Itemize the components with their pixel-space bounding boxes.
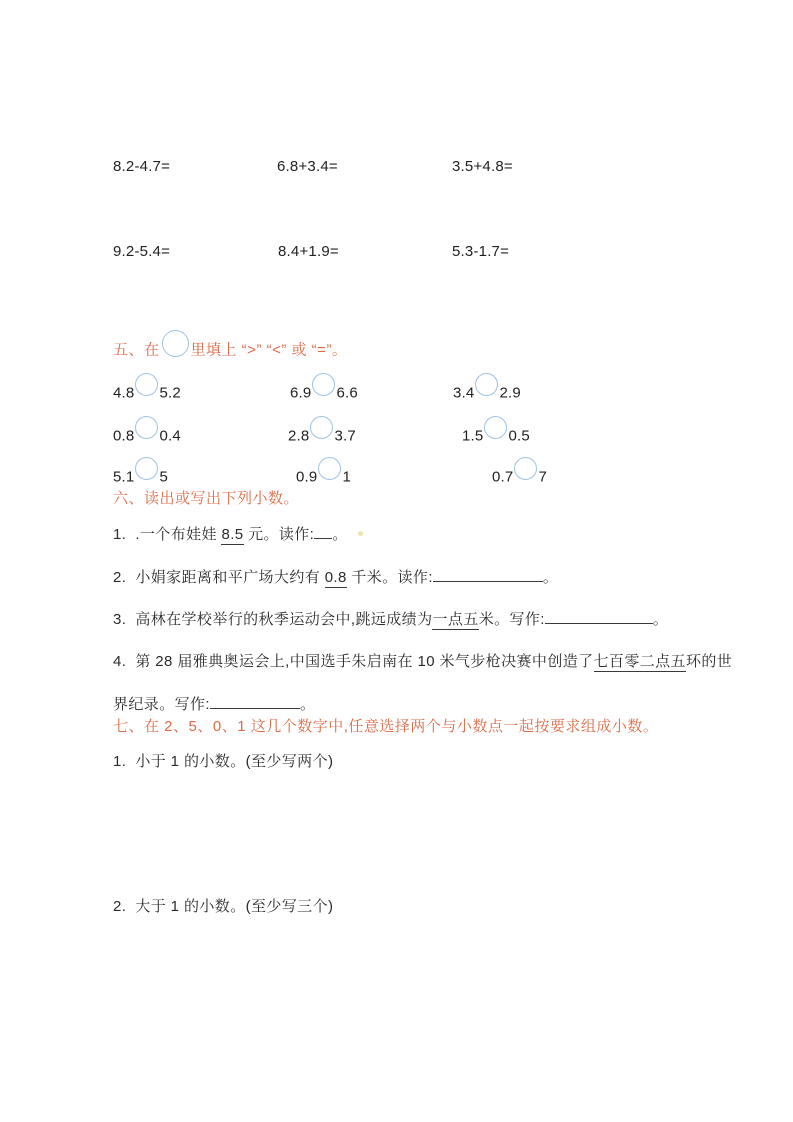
blank-circle-icon bbox=[135, 457, 158, 480]
right-number: 3.7 bbox=[334, 427, 355, 444]
arithmetic-problem: 6.8+3.4= bbox=[277, 157, 338, 177]
blank-circle-icon bbox=[484, 416, 507, 439]
comparison-item: 5.15 bbox=[113, 466, 168, 489]
left-number: 6.9 bbox=[290, 384, 311, 401]
left-number: 1.5 bbox=[462, 427, 483, 444]
item-number: 1. bbox=[113, 752, 126, 772]
right-number: 1 bbox=[342, 468, 351, 485]
blank-circle-icon bbox=[310, 416, 333, 439]
blank-circle-icon bbox=[318, 457, 341, 480]
right-number: 0.4 bbox=[159, 427, 180, 444]
comparison-item: 1.50.5 bbox=[462, 425, 530, 448]
item-text: 大于 1 的小数。(至少写三个) bbox=[135, 898, 333, 915]
underlined-value: 一点五 bbox=[432, 611, 478, 630]
item-text: 。 bbox=[543, 569, 558, 586]
section6-item-3: 3.高林在学校举行的秋季运动会中,跳远成绩为一点五米。写作:。 bbox=[113, 609, 668, 630]
answer-blank bbox=[314, 524, 332, 539]
answer-blank bbox=[210, 694, 300, 709]
item-text: 千米。读作: bbox=[347, 569, 433, 586]
item-text: 米。写作: bbox=[479, 611, 545, 628]
right-number: 5.2 bbox=[159, 384, 180, 401]
item-number: 2. bbox=[113, 897, 126, 917]
item-text: 环的世 bbox=[686, 653, 732, 670]
arithmetic-problem: 8.4+1.9= bbox=[278, 242, 339, 262]
comparison-item: 2.83.7 bbox=[288, 425, 356, 448]
blank-circle-icon bbox=[135, 416, 158, 439]
section6-item-4-line2: 界纪录。写作:。 bbox=[113, 694, 315, 715]
worksheet-page: 8.2-4.7= 6.8+3.4= 3.5+4.8= 9.2-5.4= 8.4+… bbox=[0, 0, 793, 1122]
comparison-item: 0.91 bbox=[296, 466, 351, 489]
left-number: 0.8 bbox=[113, 427, 134, 444]
item-text: 。 bbox=[332, 526, 347, 543]
arithmetic-problem: 3.5+4.8= bbox=[452, 157, 513, 177]
item-text: 元。读作: bbox=[244, 526, 315, 543]
underlined-value: 七百零二点五 bbox=[594, 653, 686, 672]
section5-heading-suffix: 里填上 “>” “<” 或 “=”。 bbox=[191, 341, 348, 358]
item-text: 高林在学校举行的秋季运动会中,跳远成绩为 bbox=[135, 611, 432, 628]
section6-item-2: 2.小娟家距离和平广场大约有 0.8 千米。读作:。 bbox=[113, 567, 558, 588]
comparison-item: 6.96.6 bbox=[290, 382, 358, 405]
item-number: 2. bbox=[113, 568, 126, 588]
comparison-item: 3.42.9 bbox=[453, 382, 521, 405]
section5-heading-prefix: 五、在 bbox=[113, 341, 160, 358]
section7-item-2: 2.大于 1 的小数。(至少写三个) bbox=[113, 897, 333, 917]
item-text: 小于 1 的小数。(至少写两个) bbox=[135, 753, 333, 770]
blank-circle-icon bbox=[312, 373, 335, 396]
section6-item-4: 4.第 28 届雅典奥运会上,中国选手朱启南在 10 米气步枪决赛中创造了七百零… bbox=[113, 652, 732, 672]
arithmetic-problem: 9.2-5.4= bbox=[113, 242, 170, 262]
item-number: 4. bbox=[113, 652, 126, 672]
left-number: 0.7 bbox=[492, 468, 513, 485]
blank-circle-icon bbox=[514, 457, 537, 480]
comparison-item: 0.77 bbox=[492, 466, 547, 489]
answer-blank bbox=[433, 567, 543, 582]
section7-heading: 七、在 2、5、0、1 这几个数字中,任意选择两个与小数点一起按要求组成小数。 bbox=[113, 717, 658, 737]
faint-dot bbox=[358, 531, 363, 536]
section7-item-1: 1.小于 1 的小数。(至少写两个) bbox=[113, 752, 333, 772]
right-number: 7 bbox=[538, 468, 547, 485]
blank-circle-icon bbox=[475, 373, 498, 396]
arithmetic-problem: 5.3-1.7= bbox=[452, 242, 509, 262]
section5-heading: 五、在里填上 “>” “<” 或 “=”。 bbox=[113, 337, 347, 364]
item-text: 界纪录。写作: bbox=[113, 696, 210, 713]
item-text: 第 28 届雅典奥运会上,中国选手朱启南在 10 米气步枪决赛中创造了 bbox=[135, 653, 593, 670]
section6-heading: 六、读出或写出下列小数。 bbox=[113, 489, 299, 509]
item-text: .一个布娃娃 bbox=[135, 526, 221, 543]
blank-circle-icon bbox=[162, 330, 189, 357]
left-number: 5.1 bbox=[113, 468, 134, 485]
right-number: 2.9 bbox=[499, 384, 520, 401]
right-number: 6.6 bbox=[336, 384, 357, 401]
section6-item-1: 1..一个布娃娃 8.5 元。读作:。 bbox=[113, 524, 363, 545]
item-number: 1. bbox=[113, 525, 126, 545]
comparison-item: 0.80.4 bbox=[113, 425, 181, 448]
blank-circle-icon bbox=[135, 373, 158, 396]
comparison-item: 4.85.2 bbox=[113, 382, 181, 405]
underlined-value: 8.5 bbox=[221, 526, 243, 545]
left-number: 4.8 bbox=[113, 384, 134, 401]
item-text: 。 bbox=[300, 696, 315, 713]
arithmetic-problem: 8.2-4.7= bbox=[113, 157, 170, 177]
item-text: 。 bbox=[653, 611, 668, 628]
right-number: 0.5 bbox=[508, 427, 529, 444]
left-number: 3.4 bbox=[453, 384, 474, 401]
right-number: 5 bbox=[159, 468, 168, 485]
underlined-value: 0.8 bbox=[325, 569, 347, 588]
answer-blank bbox=[545, 609, 653, 624]
left-number: 0.9 bbox=[296, 468, 317, 485]
item-number: 3. bbox=[113, 610, 126, 630]
left-number: 2.8 bbox=[288, 427, 309, 444]
item-text: 小娟家距离和平广场大约有 bbox=[135, 569, 324, 586]
